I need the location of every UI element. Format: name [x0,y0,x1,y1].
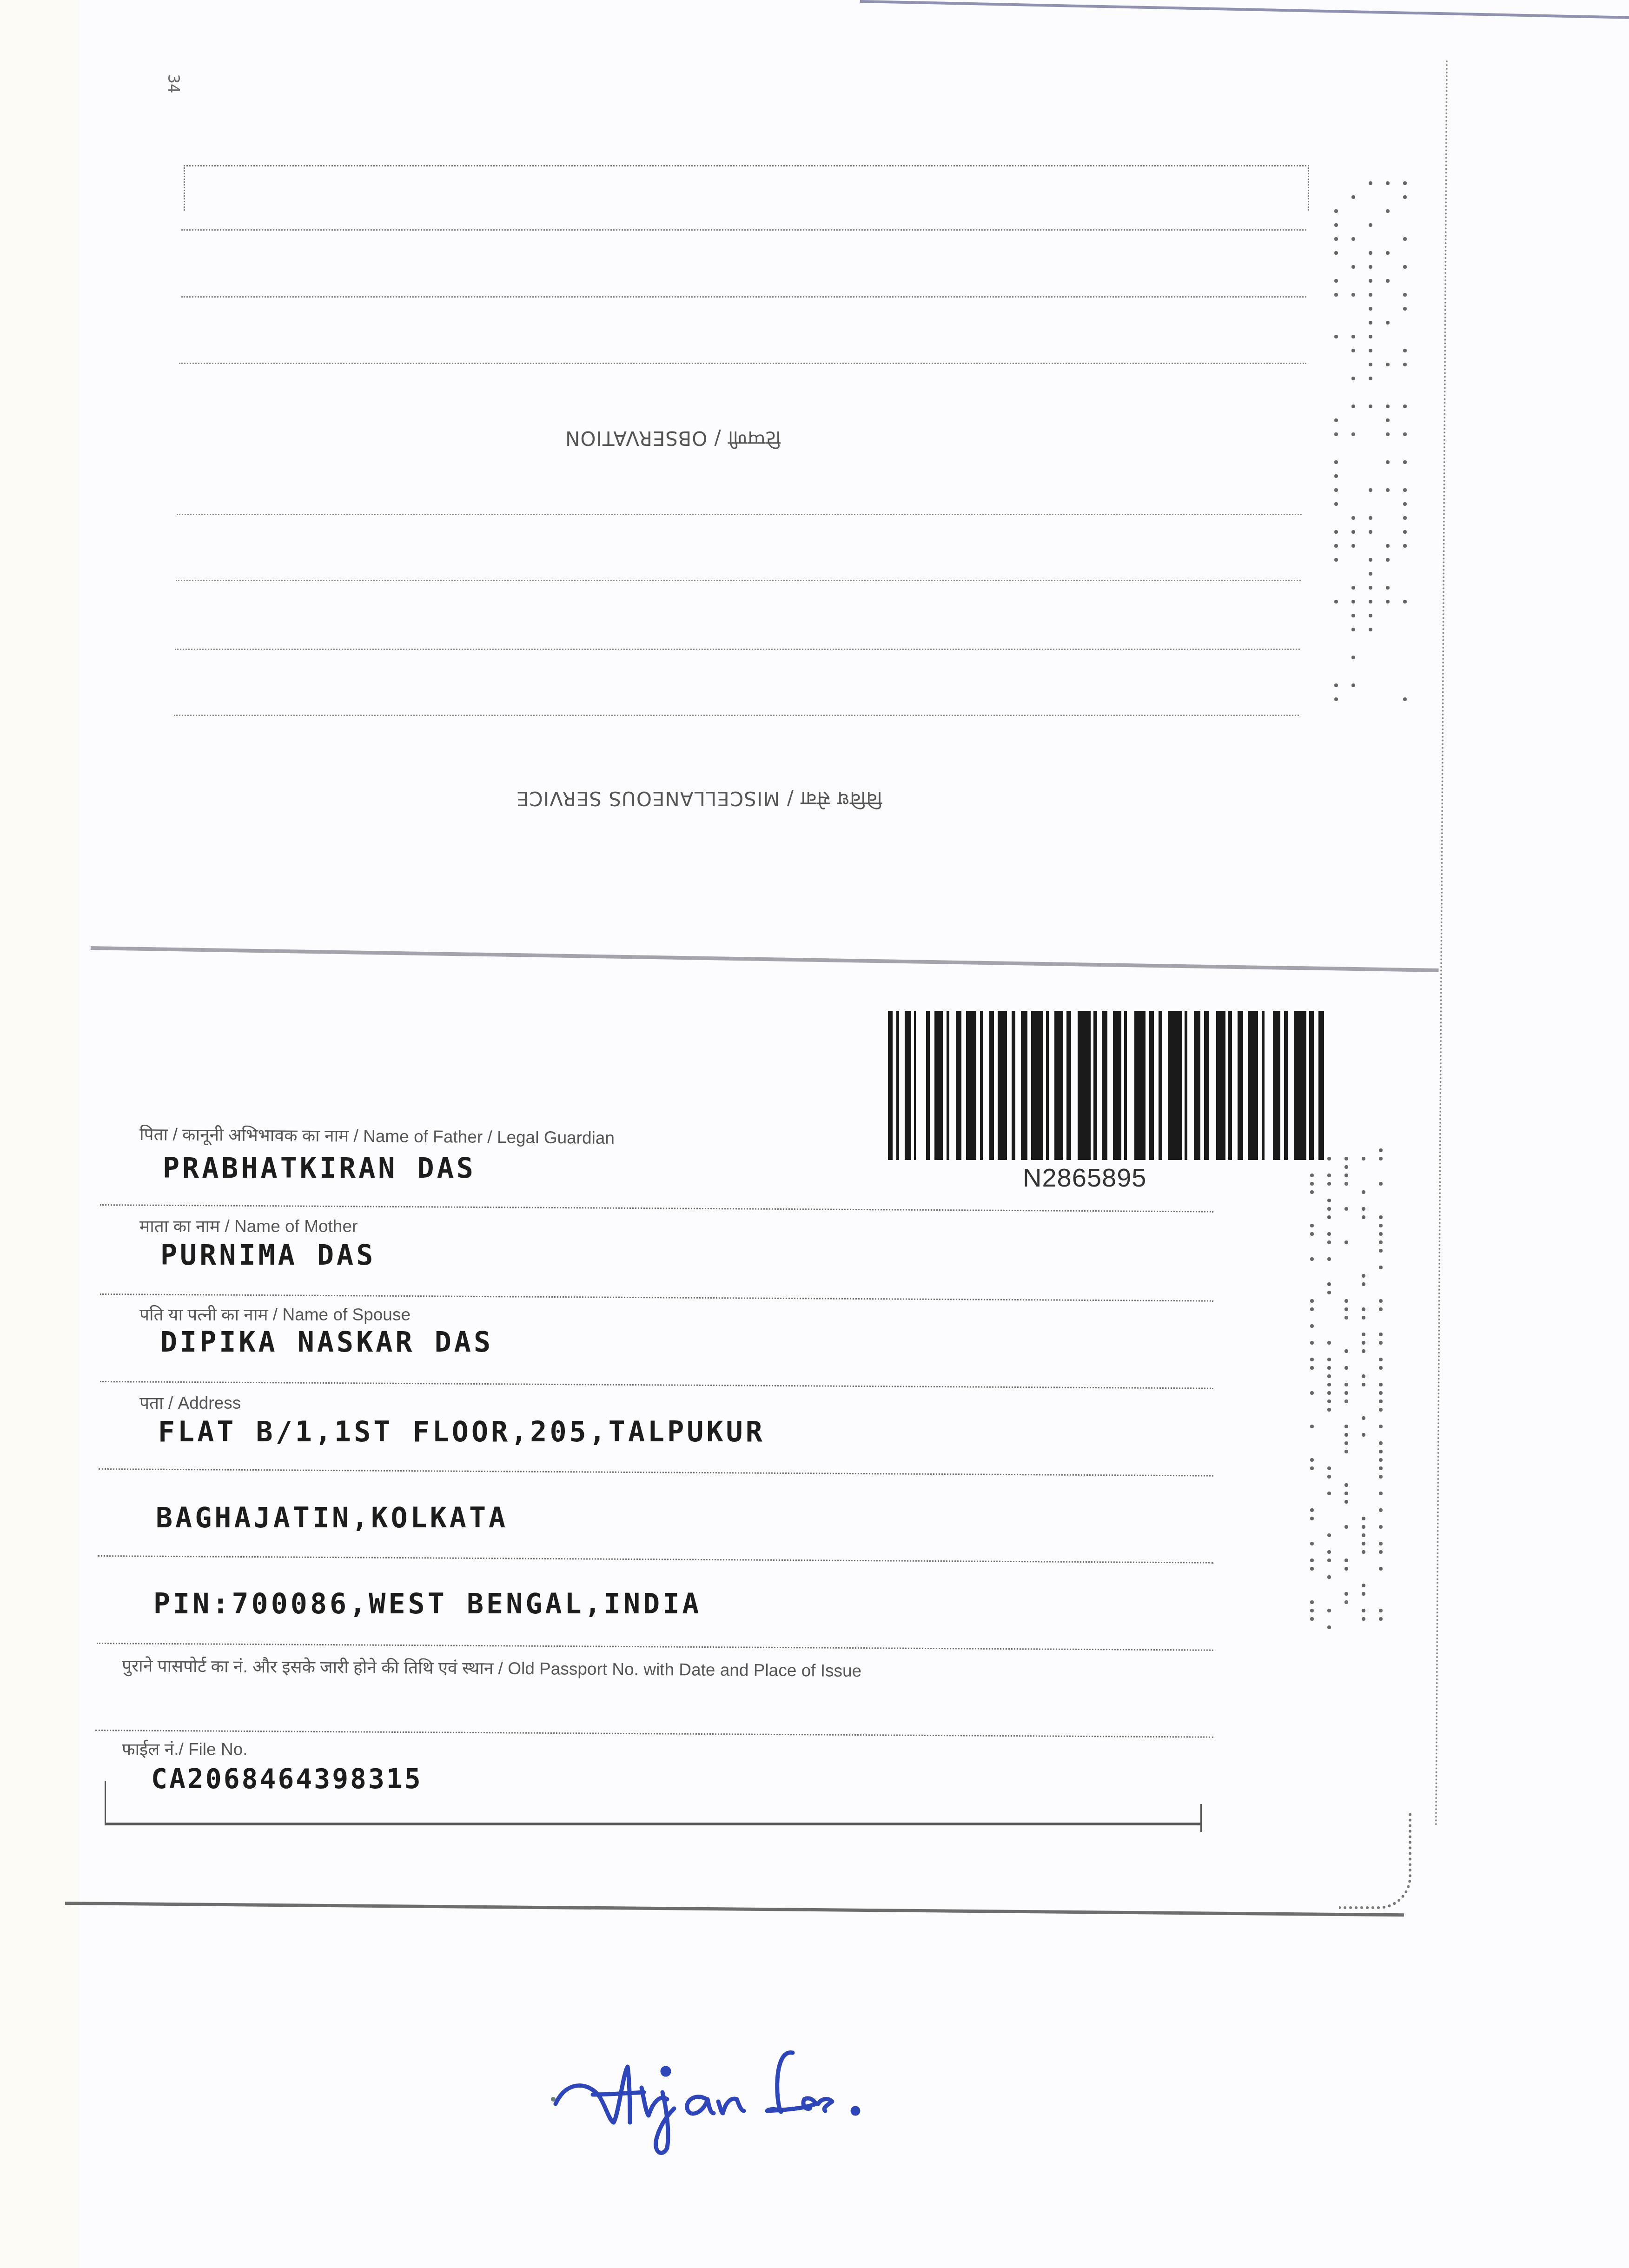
perforation-dot [1327,1282,1331,1286]
barcode-bar [1318,1011,1324,1160]
perforation-dot [1334,558,1338,562]
perforation-dot [1310,1567,1314,1571]
perforation-dot [1351,195,1355,199]
perforation-dot [1379,1492,1383,1495]
perforation-dot [1334,418,1338,422]
perforation-dot [1310,1366,1314,1370]
mother-label: माता का नाम / Name of Mother [139,1214,358,1237]
barcode-bar [1093,1011,1097,1160]
perforation-dot [1386,488,1390,492]
perforation-dot [1386,586,1390,590]
perforation-dot [1386,558,1390,562]
observation-box-top [184,165,1309,211]
perforation-dot [1310,1508,1314,1512]
perforation-dot [1327,1240,1331,1244]
perforation-dot [1327,1232,1331,1236]
perforation-dot [1362,1383,1365,1386]
perforation-dot [1369,181,1372,185]
scan-speck [551,2097,556,2102]
perforation-dot [1310,1466,1314,1470]
perforation-dot [1327,1625,1331,1629]
barcode-bar [1149,1011,1154,1160]
barcode-bar [1228,1011,1232,1160]
perforation-dot [1310,1600,1314,1604]
perforation-dot [1379,1391,1383,1395]
perforation-dot [1369,488,1372,492]
perforation-dot [1403,488,1407,492]
perforation-dot [1327,1408,1331,1412]
perforation-dot [1362,1333,1365,1336]
perforation-dot [1310,1458,1314,1462]
barcode-bar [1021,1011,1027,1160]
perforation-dot [1362,1349,1365,1353]
perforation-dot [1344,1450,1348,1453]
perforation-dot [1362,1584,1365,1587]
perforation-dot [1379,1215,1383,1219]
page-corner [1339,1813,1411,1909]
perforation-dot [1369,223,1372,227]
perforation-dot [1379,1408,1383,1412]
barcode-bar [1194,1011,1200,1160]
perforation-dot [1310,1224,1314,1227]
perforation-dot [1327,1558,1331,1562]
observation-rule [181,229,1306,231]
perforation-dot [1344,1391,1348,1395]
perforation-dot [1386,418,1390,422]
signature [535,2013,916,2162]
perforation-dot [1369,307,1372,311]
perforation-dot [1310,1391,1314,1395]
perforation-dot [1369,293,1372,297]
perforation-dot [1379,1609,1383,1612]
perforation-dot [1379,1542,1383,1545]
address-line-3: PIN:700086,WEST BENGAL,INDIA [153,1588,702,1620]
perforation-dot [1362,1592,1365,1596]
perforation-dot [1344,1492,1348,1495]
data-box-right-edge [1200,1804,1202,1832]
perforation-dot [1351,265,1355,269]
address-line-1: FLAT B/1,1ST FLOOR,205,TALPUKUR [158,1416,765,1448]
perforation-dot [1344,1182,1348,1186]
perforation-dot [1403,600,1407,603]
perforation-dot [1386,432,1390,436]
barcode-bar [1284,1011,1288,1160]
perforation-dot [1327,1291,1331,1294]
perforation-dot [1369,628,1372,631]
observation-rule [181,296,1306,298]
perforation-dot [1386,600,1390,603]
perforation-dot [1386,544,1390,548]
perforation-dot [1386,321,1390,325]
perforation-dot [1344,1399,1348,1403]
barcode-bar [1216,1011,1225,1160]
barcode-bar [1102,1011,1107,1160]
barcode-bar [905,1011,911,1160]
perforation-dot [1379,1617,1383,1621]
perforation-dot [1344,1600,1348,1604]
barcode-bar [947,1011,949,1160]
perforation-dot [1327,1609,1331,1612]
perforation-dot [1327,1341,1331,1345]
perforation-dot [1310,1257,1314,1261]
address-label: पता / Address [139,1390,241,1414]
scan-margin [0,0,79,2268]
barcode-bar [1309,1011,1314,1160]
perforation-dot [1310,1299,1314,1303]
perforation-dot [1379,1240,1383,1244]
perforation-dot [1369,349,1372,352]
spouse-name: DIPIKA NASKAR DAS [160,1326,493,1359]
perforation-dot [1362,1525,1365,1529]
perforation-dot [1327,1575,1331,1579]
perforation-dot [1310,1358,1314,1361]
barcode-bar [998,1011,1007,1160]
perforation-dot [1344,1425,1348,1428]
perforation-dot [1386,363,1390,366]
perforation-dot [1362,1190,1365,1194]
perforation-dot [1386,460,1390,464]
mother-name: PURNIMA DAS [160,1239,376,1272]
perforation-dot [1310,1542,1314,1545]
perforation-dot [1379,1299,1383,1303]
perforation-dot [1334,251,1338,255]
perforation-dot [1403,502,1407,506]
perforation-dot [1351,335,1355,338]
perforation-dot [1310,1609,1314,1612]
perforation-dot [1327,1383,1331,1386]
barcode-bar [1054,1011,1063,1160]
perforation-dot [1351,405,1355,408]
perforation-dot [1379,1341,1383,1345]
perforation-dot [1362,1282,1365,1286]
perforation-dot [1351,293,1355,297]
perforation-dot [1379,1458,1383,1462]
perforation-dot [1310,1232,1314,1236]
perforation-dot [1334,460,1338,464]
barcode-bar [1294,1011,1306,1160]
perforation-dot [1403,181,1407,185]
barcode-number: N2865895 [1023,1162,1146,1193]
perforation-dot [1403,265,1407,269]
perforation-dot [1362,1157,1365,1161]
perforation-dot [1344,1383,1348,1386]
perforation-dot [1403,307,1407,311]
perforation-dot [1403,195,1407,199]
barcode-bar [926,1011,930,1160]
perforation-dot [1362,1517,1365,1520]
perforation-dot [1334,335,1338,338]
perforation-dot [1351,600,1355,603]
perforation-dot [1369,558,1372,562]
barcode-bar [1066,1011,1071,1160]
observation-rule [179,363,1306,364]
perforation-dot [1327,1492,1331,1495]
perforation-dot [1351,432,1355,436]
barcode-bar [1046,1011,1049,1160]
perforation-dot [1327,1366,1331,1370]
perforation-dot [1351,614,1355,617]
perforation-dot [1379,1399,1383,1403]
perforation-dot [1379,1567,1383,1571]
perforation-dot [1310,1517,1314,1520]
observation-rule [174,715,1299,716]
perforation-dot [1334,237,1338,241]
perforation-dot [1379,1358,1383,1361]
perforation-dot [1344,1207,1348,1211]
perforation-dot [1369,335,1372,338]
perforation-dot [1344,1366,1348,1370]
perforation-dot [1362,1433,1365,1437]
perforation-dot [1369,377,1372,380]
perforation-dot [1379,1333,1383,1336]
perforation-dot [1351,544,1355,548]
perforation-dot [1369,530,1372,534]
perforation-dot [1344,1165,1348,1169]
perforation-dot [1403,516,1407,520]
perforation-dot [1310,1425,1314,1428]
perforation-dot [1334,544,1338,548]
perforation-dot [1310,1617,1314,1621]
perforation-dot [1334,502,1338,506]
perforation-dot [1351,586,1355,590]
perforation-dot [1327,1157,1331,1161]
perforation-dot [1379,1148,1383,1152]
perforation-dot [1369,251,1372,255]
perforation-dot [1344,1349,1348,1353]
perforation-dot [1334,279,1338,283]
perforation-dot [1369,586,1372,590]
file-no-label: फाईल नं./ File No. [122,1737,248,1760]
perforation-dot [1351,237,1355,241]
perforation-dot [1327,1475,1331,1479]
barcode-bar [1168,1011,1182,1160]
perforation-dot [1379,1249,1383,1253]
perforation-dot [1362,1550,1365,1554]
barcode-bar [1273,1011,1280,1160]
perforation-dot [1403,460,1407,464]
perforation-dot [1379,1266,1383,1269]
perforation-dot [1403,544,1407,548]
perforation-dot [1310,1324,1314,1328]
perforation-dot [1386,209,1390,213]
perforation-dot [1344,1307,1348,1311]
perforation-dot [1310,1190,1314,1194]
perforation-dot [1362,1307,1365,1311]
data-box-left-edge [105,1781,106,1823]
perforation-dot [1362,1274,1365,1278]
observation-rule [177,514,1302,515]
observation-rule [175,649,1300,650]
barcode-bar [1113,1011,1121,1160]
perforation-dot [1344,1483,1348,1487]
perforation-dot [1379,1425,1383,1428]
perforation-dot [1334,223,1338,227]
perforation-dot [1344,1567,1348,1571]
perforation-dot [1369,363,1372,366]
perforation-dot [1344,1592,1348,1596]
barcode-bar [914,1011,916,1160]
perforation-dot [1362,1316,1365,1320]
perforation-dot [1362,1609,1365,1612]
barcode-bar [1204,1011,1209,1160]
perforation-dot [1344,1433,1348,1437]
perforation-dot [1334,683,1338,687]
perforation-dot [1403,363,1407,366]
father-label: पिता / कानूनी अभिभावक का नाम / Name of F… [139,1121,615,1149]
perforation-dot [1327,1257,1331,1261]
perforation-dot [1379,1383,1383,1386]
perforation-dot [1403,697,1407,701]
father-name: PRABHATKIRAN DAS [163,1152,476,1185]
perforation-dot [1379,1525,1383,1529]
perforation-dot [1362,1542,1365,1545]
perforation-dot [1362,1207,1365,1211]
perforation-dot [1327,1207,1331,1211]
perforation-dot [1344,1299,1348,1303]
barcode-bar [966,1011,976,1160]
perforation-dot [1310,1341,1314,1345]
spouse-label: पति या पत्नी का नाम / Name of Spouse [139,1302,411,1326]
perforation-dot [1334,530,1338,534]
perforation-dot [1379,1224,1383,1227]
barcode-bar [1262,1011,1265,1160]
perforation-dot [1351,656,1355,659]
perforation-dot [1369,321,1372,325]
barcode-bar [1078,1011,1091,1160]
barcode-bar [896,1011,899,1160]
barcode-bar [956,1011,961,1160]
perforation-dot [1310,1307,1314,1311]
perforation-dot [1327,1550,1331,1554]
perforation-dot [1379,1307,1383,1311]
perforation-dot [1334,600,1338,603]
misc-service-heading: विविध सेवा / MISCELLANEOUS SERVICE [516,786,882,812]
perforation-dot [1403,530,1407,534]
perforation-dot [1334,432,1338,436]
perforation-dot [1386,405,1390,408]
perforation-dot [1334,293,1338,297]
perforation-dot [1369,572,1372,576]
perforation-dot [1344,1240,1348,1244]
perforation-dot [1403,293,1407,297]
barcode-bar [980,1011,983,1160]
perforation-dot [1403,432,1407,436]
perforation-dot [1379,1508,1383,1512]
perforation-dot [1327,1374,1331,1378]
page-number: 34 [164,74,183,93]
perforation-dot [1327,1399,1331,1403]
perforation-dot [1362,1416,1365,1420]
perforation-dot [1344,1525,1348,1529]
perforation-dot [1344,1441,1348,1445]
perforation-dot [1327,1174,1331,1177]
perforation-dot [1362,1215,1365,1219]
perforation-dot [1379,1182,1383,1186]
perforation-dot [1344,1316,1348,1320]
barcode-bar [1159,1011,1162,1160]
file-no-value: CA2068464398315 [151,1763,423,1795]
perforation-dot [1351,628,1355,631]
perforation-dot [1327,1358,1331,1361]
perforation-dot [1369,405,1372,408]
barcode-bar [1185,1011,1187,1160]
perforation-dot [1379,1157,1383,1161]
perforation-dot [1386,251,1390,255]
perforation-dot [1379,1366,1383,1370]
perforation-dot [1351,683,1355,687]
perforation-dot [1334,697,1338,701]
barcode-bar [1124,1011,1127,1160]
perforation-dot [1403,405,1407,408]
perforation-dot [1369,265,1372,269]
barcode-bar [934,1011,943,1160]
perforation-dot [1334,209,1338,213]
barcode-bar [989,1011,994,1160]
perforation-dot [1379,1466,1383,1470]
perforation-dot [1351,516,1355,520]
perforation-dot [1334,488,1338,492]
perforation-dot [1379,1550,1383,1554]
data-box-bottom-edge [105,1823,1202,1825]
perforation-dot [1379,1232,1383,1236]
perforation-dot [1386,181,1390,185]
perforation-dot [1310,1174,1314,1177]
perforation-dot [1369,516,1372,520]
barcode-bar [1238,1011,1243,1160]
barcode-bar [1031,1011,1043,1160]
perforation-dot [1362,1533,1365,1537]
perforation-dot [1310,1558,1314,1562]
perforation-dot [1327,1466,1331,1470]
perforation-dot [1403,237,1407,241]
perforation-dot [1351,349,1355,352]
perforation-dot [1379,1441,1383,1445]
perforation-dot [1310,1182,1314,1186]
perforation-dot [1327,1182,1331,1186]
barcode-bar [888,1011,893,1160]
perforation-dot [1344,1157,1348,1161]
perforation-dot [1344,1174,1348,1177]
barcode [888,1011,1325,1160]
address-line-2: BAGHAJATIN,KOLKATA [156,1502,508,1534]
perforation-dot [1327,1199,1331,1202]
perforation-dot [1351,377,1355,380]
perforation-dot [1334,474,1338,478]
barcode-bar [1134,1011,1146,1160]
perforation-dot [1344,1500,1348,1504]
perforation-dot [1386,279,1390,283]
perforation-dot [1327,1391,1331,1395]
perforation-dot [1362,1617,1365,1621]
perforation-dot [1379,1450,1383,1453]
observation-heading: टिप्पणी / OBSERVATION [565,425,781,452]
perforation-dot [1379,1475,1383,1479]
perforation-dot [1369,600,1372,603]
perforation-dot [1362,1341,1365,1345]
perforation-dot [1344,1558,1348,1562]
perforation-dot [1369,614,1372,617]
perforation-dot [1327,1215,1331,1219]
perforation-dot [1369,279,1372,283]
barcode-bar [1248,1011,1258,1160]
barcode-bar [1012,1011,1015,1160]
perforation-dot [1327,1533,1331,1537]
observation-rule [176,580,1301,581]
perforation-dot [1403,349,1407,352]
perforation-dot [1351,530,1355,534]
perforation-dot [1362,1374,1365,1378]
